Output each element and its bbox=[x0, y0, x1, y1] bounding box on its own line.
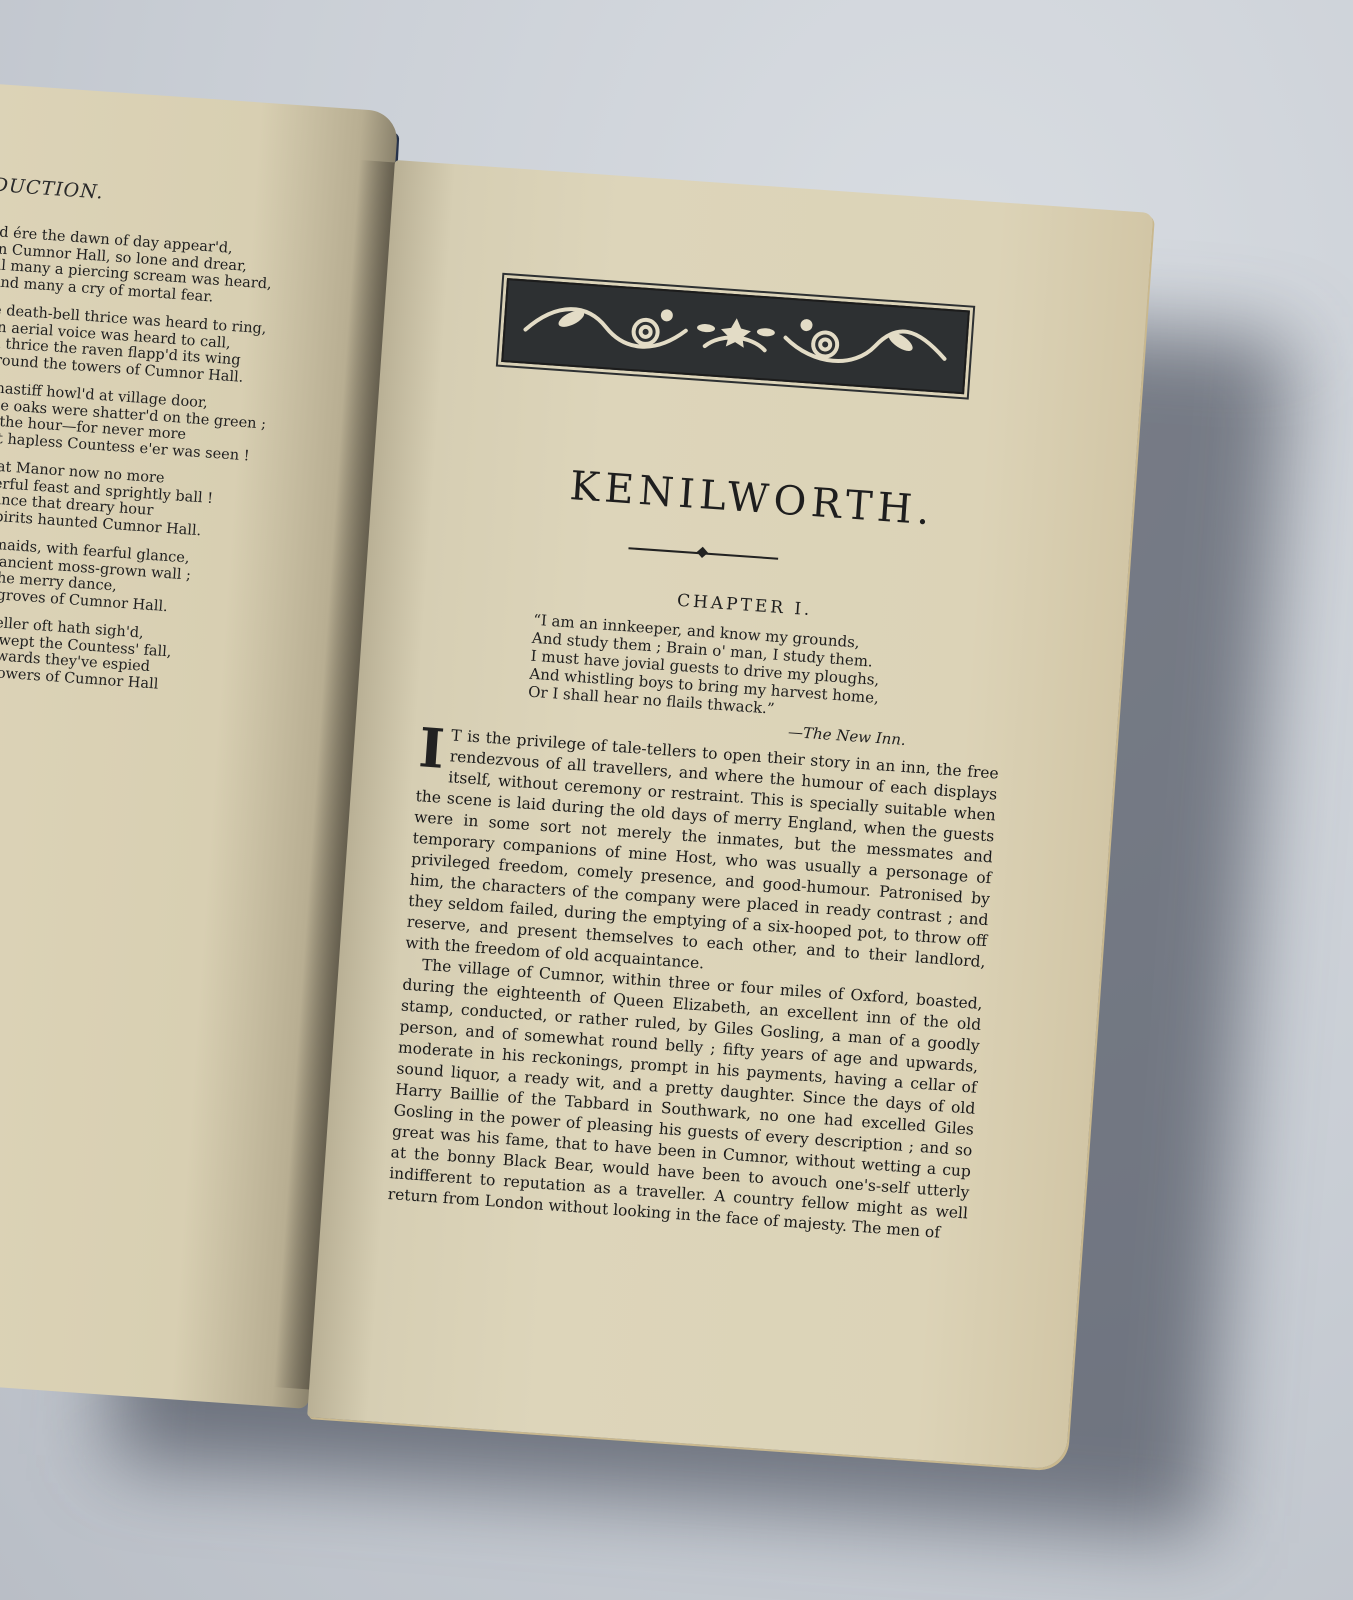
epigraph: “I am an innkeeper, and know my grounds,… bbox=[526, 611, 913, 749]
stanza: And ére the dawn of day appear'd, In Cum… bbox=[0, 223, 299, 311]
photo-scene: DUCTION. And ére the dawn of day appear'… bbox=[0, 0, 1353, 1600]
stanza: in that Manor now no more heerful feast … bbox=[0, 457, 283, 545]
title-rule bbox=[628, 547, 778, 559]
book-title: KENILWORTH. bbox=[372, 449, 1133, 548]
stanza: The death-bell thrice was heard to ring,… bbox=[0, 301, 294, 389]
paragraph-text: T is the privilege of tale-tellers to op… bbox=[405, 726, 999, 972]
paragraph: IT is the privilege of tale-tellers to o… bbox=[405, 723, 1000, 994]
diamond-icon bbox=[697, 547, 708, 558]
right-page: KENILWORTH. CHAPTER I. “I am an innkeepe… bbox=[307, 160, 1153, 1470]
poem: And ére the dawn of day appear'd, In Cum… bbox=[0, 223, 299, 712]
chapter-body: IT is the privilege of tale-tellers to o… bbox=[387, 723, 999, 1245]
paragraph: The village of Cumnor, within three or f… bbox=[387, 954, 983, 1246]
stanza: he mastiff howl'd at village door, The o… bbox=[0, 379, 288, 467]
stanza: lage maids, with fearful glance, the anc… bbox=[0, 534, 278, 622]
floral-headpiece-icon bbox=[501, 278, 970, 394]
running-header: DUCTION. bbox=[0, 174, 104, 204]
stanza: a traveller oft hath sigh'd, sive wept t… bbox=[0, 612, 272, 700]
dropcap-letter: I bbox=[418, 725, 446, 771]
floral-scroll-icon bbox=[514, 289, 957, 384]
